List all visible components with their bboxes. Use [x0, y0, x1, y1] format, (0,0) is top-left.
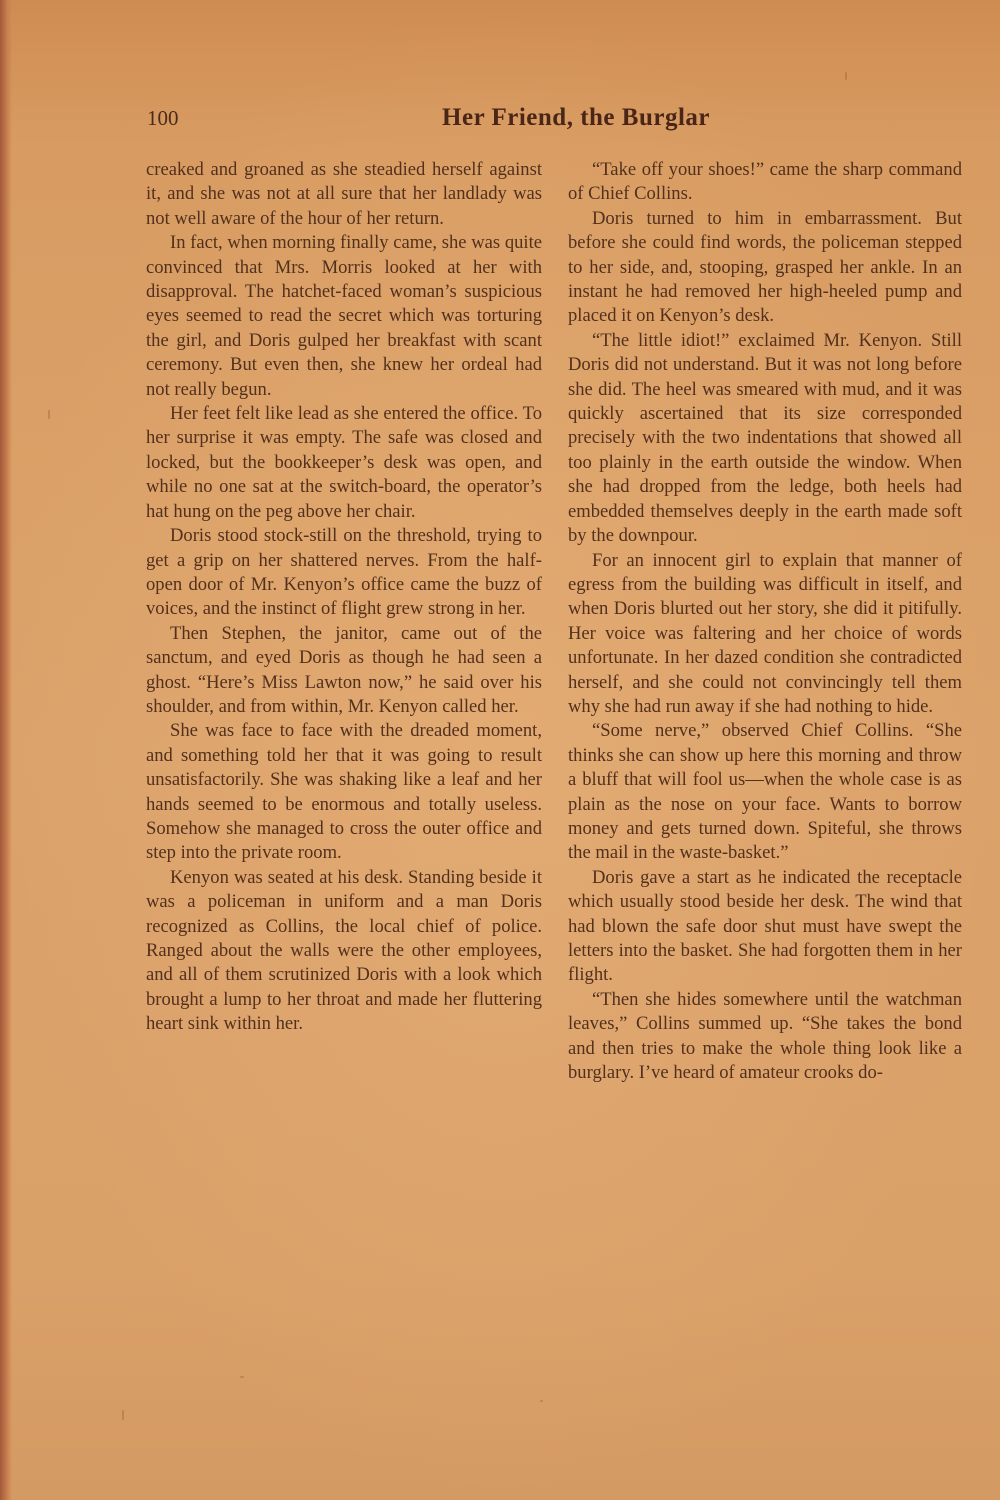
paragraph: Doris stood stock-still on the thresh­ol… [146, 524, 542, 622]
paragraph: “Take off your shoes!” came the sharp co… [568, 158, 962, 207]
page-number: 100 [147, 106, 179, 131]
paragraph: Kenyon was seated at his desk. Standing … [146, 866, 542, 1037]
paper-speck [122, 1410, 124, 1420]
right-text-column: “Take off your shoes!” came the sharp co… [568, 158, 962, 1085]
running-header: 100 Her Friend, the Burglar [147, 104, 710, 138]
running-title: Her Friend, the Burglar [442, 104, 710, 132]
paragraph: “The little idiot!” exclaimed Mr. Kenyon… [568, 329, 962, 549]
paragraph: In fact, when morning finally came, she … [146, 231, 542, 402]
paragraph: “Some nerve,” observed Chief Col­lins. “… [568, 719, 962, 865]
paragraph: Then Stephen, the janitor, came out of t… [146, 622, 542, 720]
paragraph: Her feet felt like lead as she en­tered … [146, 402, 542, 524]
page-spine-edge [0, 0, 12, 1500]
paragraph: For an innocent girl to explain that man… [568, 549, 962, 720]
paper-speck [48, 410, 50, 419]
paragraph: Doris turned to him in embarrass­ment. B… [568, 207, 962, 329]
paper-speck [240, 1376, 244, 1378]
paragraph: “Then she hides somewhere until the watc… [568, 988, 962, 1086]
book-page: 100 Her Friend, the Burglar creaked and … [0, 0, 1000, 1500]
paper-speck [845, 72, 847, 80]
paper-speck [540, 1400, 543, 1402]
paragraph: creaked and groaned as she steadied hers… [146, 158, 542, 231]
left-text-column: creaked and groaned as she steadied hers… [146, 158, 542, 1037]
paragraph: Doris gave a start as he indicated the r… [568, 866, 962, 988]
paragraph: She was face to face with the dread­ed m… [146, 719, 542, 865]
